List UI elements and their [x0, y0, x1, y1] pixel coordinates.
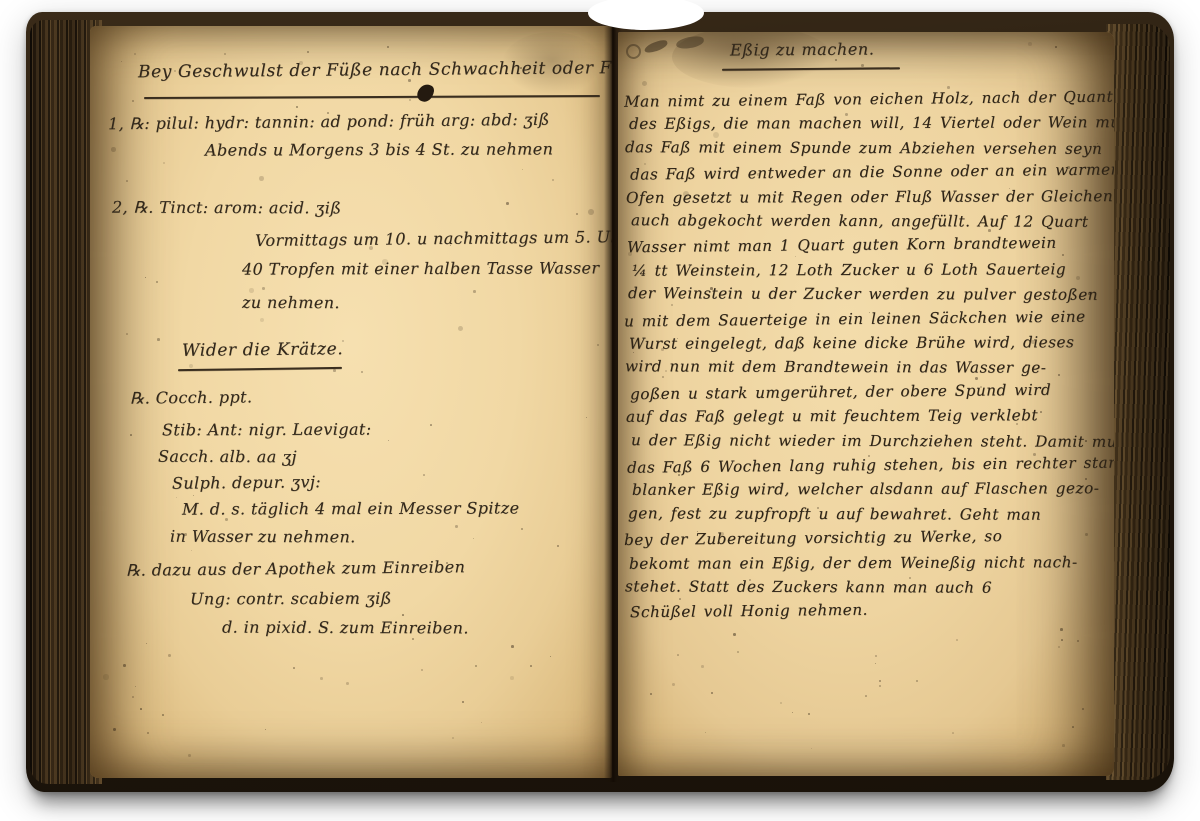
paper-speck — [510, 676, 514, 680]
paper-speck — [387, 46, 389, 48]
heading-underline — [178, 367, 342, 371]
paper-speck — [103, 674, 109, 680]
paper-speck — [1062, 744, 1065, 747]
paper-speck — [1040, 411, 1042, 413]
paper-speck — [430, 424, 432, 426]
left-page: Bey Geschwulst der Füße nach Schwachheit… — [90, 26, 612, 778]
paper-speck — [113, 728, 116, 731]
paper-speck — [956, 639, 958, 641]
paper-speck — [1077, 640, 1079, 642]
manuscript-line: goßen u stark umgerühret, der obere Spun… — [630, 381, 1051, 403]
paper-speck — [382, 259, 388, 265]
manuscript-line: auf das Faß gelegt u mit feuchtem Teig v… — [626, 406, 1038, 425]
paper-speck — [156, 281, 158, 283]
paper-speck — [458, 326, 463, 331]
manuscript-line: wird nun mit dem Brandtewein in das Wass… — [625, 358, 1047, 377]
paper-speck — [1076, 276, 1080, 280]
paper-speck — [1082, 708, 1084, 710]
manuscript-line: bekomt man ein Eßig, der dem Weineßig ni… — [629, 553, 1078, 573]
paper-speck — [296, 106, 298, 108]
paper-speck — [1085, 440, 1087, 442]
paper-speck — [409, 99, 411, 101]
paper-speck — [126, 333, 128, 335]
paper-speck — [980, 386, 982, 388]
paper-speck — [861, 64, 864, 67]
paper-speck — [475, 665, 477, 667]
paper-speck — [121, 61, 122, 62]
paper-speck — [780, 702, 782, 704]
paper-speck — [132, 100, 134, 102]
paper-speck — [550, 656, 551, 657]
paper-speck — [126, 180, 128, 182]
manuscript-line: d. in pixid. S. zum Einreiben. — [222, 618, 469, 638]
paper-speck — [452, 737, 454, 739]
pen-trial-mark — [626, 44, 641, 59]
ink-blot — [415, 82, 436, 105]
paper-speck — [521, 528, 523, 530]
paper-speck — [845, 113, 848, 116]
paper-speck — [952, 732, 954, 734]
paper-speck — [530, 665, 532, 667]
paper-speck — [423, 474, 425, 476]
paper-speck — [162, 714, 164, 716]
paper-speck — [879, 685, 881, 687]
manuscript-line: gen, fest zu zupfropft u auf bewahret. G… — [628, 504, 1041, 523]
paper-speck — [758, 54, 760, 56]
paper-speck — [351, 596, 355, 600]
paper-speck — [293, 667, 295, 669]
manuscript-line: u der Eßig nicht wieder im Durchziehen s… — [631, 431, 1114, 451]
paper-speck — [369, 246, 373, 250]
paper-speck — [1058, 646, 1060, 648]
paper-speck — [705, 732, 706, 733]
paper-speck — [1058, 374, 1060, 376]
paper-speck — [879, 680, 881, 682]
paper-speck — [875, 663, 876, 664]
right-page-edges — [1106, 24, 1170, 780]
paper-speck — [678, 474, 680, 476]
paper-speck — [947, 86, 950, 89]
paper-speck — [506, 202, 509, 205]
paper-speck — [455, 525, 458, 528]
manuscript-line: Vormittags um 10. u nachmittags um 5. Uh… — [255, 227, 612, 250]
paper-speck — [1085, 533, 1088, 536]
paper-speck — [1061, 639, 1063, 641]
paper-speck — [634, 510, 636, 512]
paper-speck — [808, 713, 810, 715]
manuscript-line: auch abgekocht werden kann, angefüllt. A… — [631, 211, 1089, 231]
left-page-heading: Bey Geschwulst der Füße nach Schwachheit… — [138, 58, 612, 83]
manuscript-line: 1, ℞: pilul: hydr: tannin: ad pond: früh… — [108, 110, 550, 134]
paper-speck — [157, 338, 160, 341]
manuscript-line: Schüßel voll Honig nehmen. — [630, 601, 868, 621]
paper-speck — [1028, 42, 1032, 46]
paper-speck — [147, 732, 149, 734]
paper-speck — [792, 712, 793, 713]
paper-speck — [1062, 254, 1064, 256]
paper-speck — [522, 169, 523, 170]
manuscript-line: ℞. dazu aus der Apothek zum Einreiben — [126, 557, 465, 580]
section-heading: Wider die Krätze. — [182, 339, 343, 361]
paper-speck — [224, 53, 226, 55]
manuscript-line: Stib: Ant: nigr. Laevigat: — [162, 420, 372, 440]
paper-speck — [660, 398, 661, 399]
manuscript-line: zu nehmen. — [242, 293, 340, 312]
paper-speck — [875, 655, 877, 657]
paper-speck — [473, 538, 474, 539]
paper-speck — [520, 67, 522, 69]
paper-speck — [661, 348, 664, 351]
paper-speck — [346, 682, 349, 685]
manuscript-line: Abends u Morgens 3 bis 4 St. zu nehmen — [205, 139, 553, 159]
paper-speck — [1033, 453, 1036, 456]
paper-speck — [309, 562, 313, 566]
manuscript-line: M. d. s. täglich 4 mal ein Messer Spitze — [182, 498, 520, 518]
paper-speck — [408, 79, 411, 82]
paper-speck — [446, 562, 448, 564]
paper-speck — [795, 256, 796, 257]
paper-speck — [737, 651, 739, 653]
paper-speck — [145, 277, 146, 278]
paper-speck — [135, 686, 136, 687]
paper-speck — [262, 287, 265, 290]
paper-speck — [327, 112, 329, 114]
paper-speck — [1055, 46, 1057, 48]
manuscript-line: Ofen gesetzt u mit Regen oder Fluß Wasse… — [626, 187, 1113, 207]
manuscript-line: Sacch. alb. aa ʒj — [158, 447, 297, 466]
paper-speck — [333, 369, 336, 372]
paper-speck — [1060, 628, 1063, 631]
paper-speck — [811, 748, 812, 749]
manuscript-line: Ung: contr. scabiem ʒiß — [190, 589, 392, 609]
paper-speck — [650, 693, 652, 695]
paper-speck — [134, 53, 136, 55]
paper-speck — [679, 598, 681, 600]
paper-speck — [711, 692, 713, 694]
paper-speck — [225, 518, 228, 521]
paper-speck — [481, 722, 482, 723]
paper-speck — [132, 696, 134, 698]
manuscript-line: das Faß wird entweder an die Sonne oder … — [630, 161, 1114, 184]
paper-speck — [111, 147, 116, 152]
manuscript-line: Wasser nimt man 1 Quart guten Korn brand… — [627, 234, 1057, 256]
manuscript-line: 2, ℞. Tinct: arom: acid. ʒiß — [112, 198, 341, 218]
paper-speck — [421, 669, 423, 671]
paper-speck — [320, 677, 323, 680]
paper-speck — [388, 440, 389, 441]
paper-speck — [361, 371, 363, 373]
paper-speck — [307, 51, 309, 53]
manuscript-line: bey der Zubereitung vorsichtig zu Werke,… — [624, 527, 1003, 549]
paper-speck — [975, 377, 978, 380]
paper-speck — [916, 680, 918, 682]
paper-speck — [1025, 364, 1027, 366]
paper-speck — [168, 654, 171, 657]
paper-speck — [249, 288, 254, 293]
paper-speck — [1067, 166, 1070, 169]
paper-speck — [140, 708, 142, 710]
manuscript-line: Wurst eingelegt, daß keine dicke Brühe w… — [629, 333, 1074, 353]
paper-speck — [557, 545, 559, 547]
paper-speck — [260, 318, 264, 322]
manuscript-line: das Faß 6 Wochen lang ruhig stehen, bis … — [627, 453, 1114, 476]
paper-speck — [462, 701, 464, 703]
paper-speck — [189, 364, 193, 368]
paper-speck — [163, 162, 165, 164]
manuscript-line: das Faß mit einem Spunde zum Abziehen ve… — [625, 138, 1102, 158]
manuscript-line: der Weinstein u der Zucker werden zu pul… — [628, 284, 1098, 304]
paper-speck — [733, 633, 736, 636]
paper-speck — [683, 191, 689, 197]
paper-speck — [713, 132, 719, 138]
paper-speck — [123, 664, 126, 667]
paper-speck — [406, 571, 408, 573]
paper-speck — [988, 229, 991, 232]
paper-speck — [184, 533, 187, 536]
paper-speck — [259, 176, 264, 181]
paper-speck — [412, 638, 414, 640]
paper-speck — [473, 290, 476, 293]
paper-speck — [1088, 292, 1091, 295]
paper-speck — [757, 173, 760, 176]
right-page: Eßig zu machen. Man nimt zu einem Faß vo… — [618, 32, 1114, 776]
paper-speck — [665, 370, 667, 372]
pen-trial-mark — [643, 39, 669, 55]
paper-speck — [662, 376, 664, 378]
manuscript-line: Man nimt zu einem Faß von eichen Holz, n… — [624, 87, 1114, 110]
manuscript-line: Sulph. depur. ʒvj: — [172, 472, 321, 493]
paper-speck — [402, 614, 404, 616]
paper-speck — [710, 287, 713, 290]
paper-speck — [865, 695, 867, 697]
paper-speck — [576, 213, 578, 215]
paper-speck — [191, 550, 192, 551]
paper-speck — [193, 495, 194, 496]
manuscript-line: des Eßigs, die man machen will, 14 Viert… — [629, 114, 1114, 134]
paper-speck — [176, 497, 177, 498]
paper-speck — [749, 579, 751, 581]
paper-speck — [342, 340, 344, 342]
paper-speck — [130, 434, 132, 436]
paper-speck — [671, 304, 673, 306]
right-page-heading: Eßig zu machen. — [730, 39, 875, 59]
manuscript-line: u mit dem Sauerteige in ein leinen Säckc… — [624, 307, 1086, 330]
paper-speck — [868, 455, 870, 457]
heading-underline — [144, 95, 600, 99]
paper-speck — [146, 643, 147, 644]
paper-speck — [188, 754, 191, 757]
paper-speck — [921, 565, 923, 567]
paper-speck — [677, 654, 679, 656]
paper-speck — [701, 665, 704, 668]
paper-speck — [642, 81, 647, 86]
paper-speck — [1031, 340, 1035, 344]
paper-speck — [1072, 726, 1074, 728]
paper-speck — [597, 344, 599, 346]
manuscript-line: ℞. Cocch. ppt. — [130, 387, 253, 407]
paper-speck — [586, 417, 587, 418]
paper-speck — [552, 179, 554, 181]
paper-speck — [672, 683, 675, 686]
paper-speck — [835, 59, 837, 61]
manuscript-line: in Wasser zu nehmen. — [170, 527, 356, 547]
manuscript-line: blanker Eßig wird, welcher alsdann auf F… — [632, 480, 1100, 500]
paper-speck — [511, 645, 514, 648]
paper-speck — [817, 507, 819, 509]
manuscript-line: 40 Tropfen mit einer halben Tasse Wasser — [242, 258, 600, 278]
paper-speck — [588, 209, 594, 215]
book: Bey Geschwulst der Füße nach Schwachheit… — [26, 12, 1174, 792]
paper-speck — [265, 729, 266, 730]
paper-speck — [174, 70, 176, 72]
